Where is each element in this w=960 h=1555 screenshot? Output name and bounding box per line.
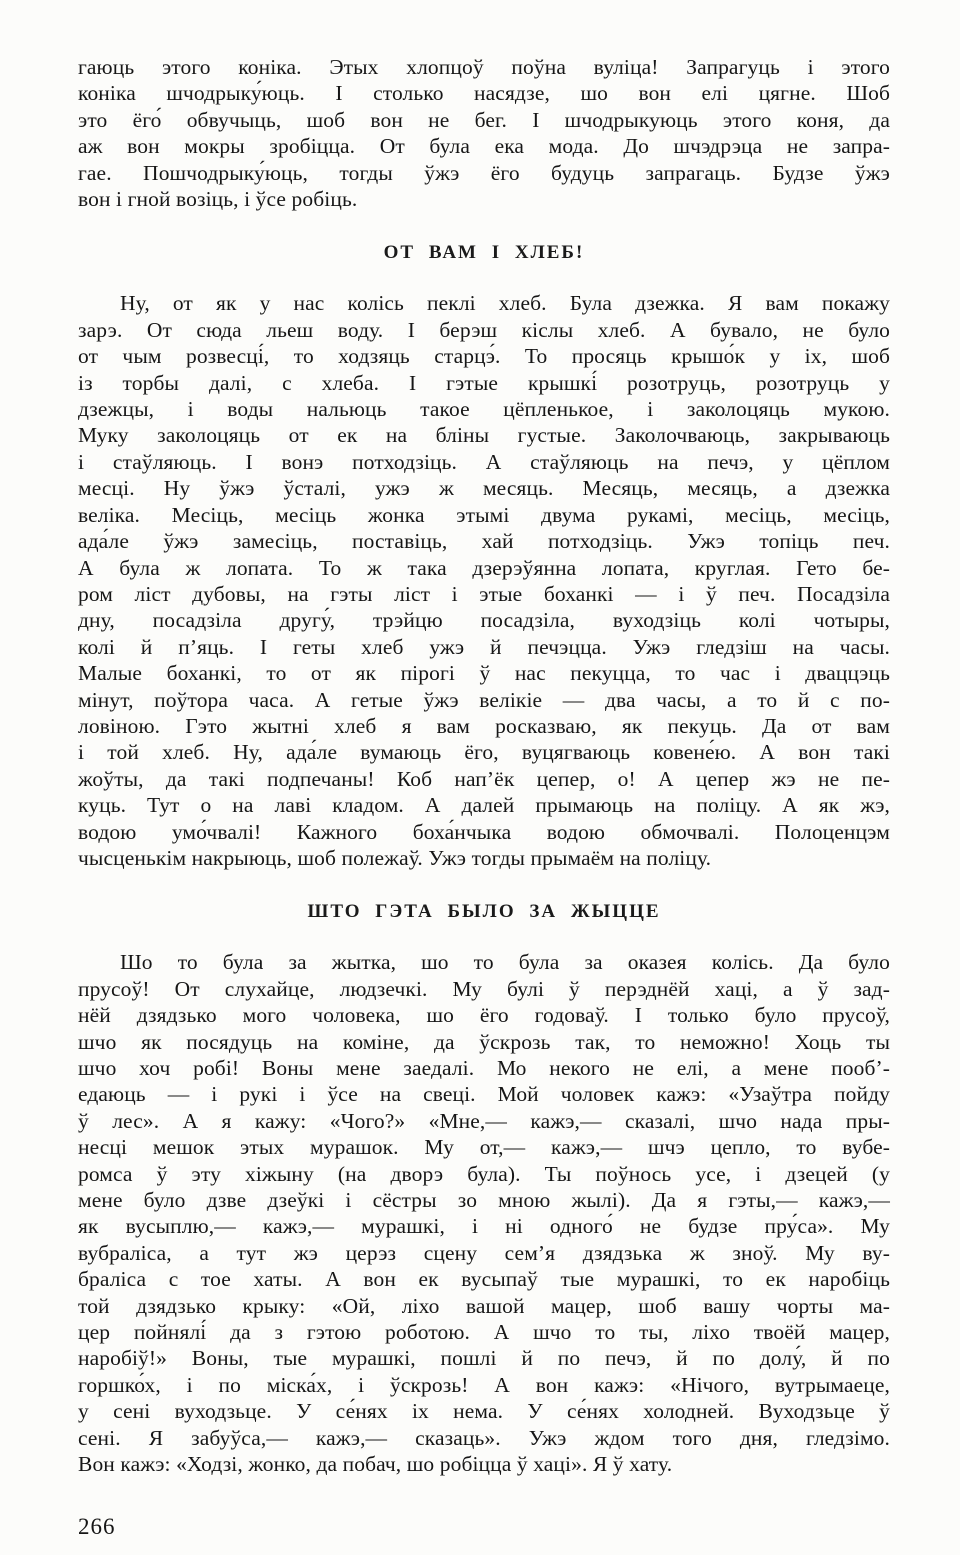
text-line: коніка шчодрыку́юць. І столько насядзе, … bbox=[78, 80, 890, 106]
paragraph: Ну, от як у нас колісь пеклі хлеб. Була … bbox=[78, 290, 890, 871]
text-line: вон і гной возіць, і ўсе робіць. bbox=[78, 186, 890, 212]
text-line: сені. Я забуўса,— кажэ,— сказаць». Ужэ ж… bbox=[78, 1425, 890, 1451]
text-line: гае. Пошчодрыку́юць, тогды ўжэ ёго будуц… bbox=[78, 160, 890, 186]
text-line: дзежцы, і воды нальюць такое цёпленькое,… bbox=[78, 396, 890, 422]
text-line: ў лес». А я кажу: «Чого?» «Мне,— кажэ,— … bbox=[78, 1108, 890, 1134]
text-line: месці. Ну ўжэ ўсталі, ужэ ж месяць. Меся… bbox=[78, 475, 890, 501]
text-line: прусоў! От слухайце, людзечкі. Му булі ў… bbox=[78, 976, 890, 1002]
text-line: вубраліса, а тут жэ церэз сцену сем’я дз… bbox=[78, 1240, 890, 1266]
text-line: А була ж лопата. То ж така дзерэўянна ло… bbox=[78, 555, 890, 581]
text-line: куць. Тут о на лаві кладом. А далей прым… bbox=[78, 792, 890, 818]
text-line: Вон кажэ: «Ходзі, жонко, да побач, шо ро… bbox=[78, 1451, 890, 1477]
text-line: нёй дзядзько мого чоловека, шо ёго годов… bbox=[78, 1002, 890, 1028]
text-line: веліка. Месіць, месіць жонка этымі двума… bbox=[78, 502, 890, 528]
text-line: горшко́х, і по міска́х, і ўскрозь! А вон… bbox=[78, 1372, 890, 1398]
text-line: шчо як посядуць на коміне, да ўскрозь та… bbox=[78, 1029, 890, 1055]
text-line: браліса с тое хаты. А вон ек вусыпаў тые… bbox=[78, 1266, 890, 1292]
page-number: 266 bbox=[78, 1514, 890, 1540]
text-line: чысценькім накрыюць, шоб полежаў. Ужэ то… bbox=[78, 845, 890, 871]
text-line: это ёго́ обвучыць, шоб вон не бег. І шчо… bbox=[78, 107, 890, 133]
paragraph: Шо то була за жытка, шо то була за оказе… bbox=[78, 949, 890, 1477]
text-line: дну, посадзіла другу́, трэйцю посадзіла,… bbox=[78, 607, 890, 633]
text-line: і стаўляюць. І вонэ потходзіць. А стаўля… bbox=[78, 449, 890, 475]
text-line: зарэ. От сюда льеш воду. І берэш кіслы х… bbox=[78, 317, 890, 343]
text-line: ромса ў эту хіжыну (на дворэ була). Ты п… bbox=[78, 1161, 890, 1187]
book-page: гаюць этого коніка. Этых хлопцоў поўна в… bbox=[0, 0, 960, 1555]
text-line: гаюць этого коніка. Этых хлопцоў поўна в… bbox=[78, 54, 890, 80]
text-line: ада́ле ўжэ замесіць, поставіць, хай потх… bbox=[78, 528, 890, 554]
text-line: наробіў!» Воны, тые мурашкі, пошлі й по … bbox=[78, 1345, 890, 1371]
text-line: аж вон мокры зробіцца. От була ека мода.… bbox=[78, 133, 890, 159]
text-line: ром ліст дубовы, на гэты ліст і этые бох… bbox=[78, 581, 890, 607]
text-line: Ну, от як у нас колісь пеклі хлеб. Була … bbox=[78, 290, 890, 316]
text-line: шчо хоч робі! Воны мене заедалі. Мо неко… bbox=[78, 1055, 890, 1081]
text-line: ловіною. Гэто жытні хлеб я вам росказваю… bbox=[78, 713, 890, 739]
text-line: той дзядзько крыку: «Ой, ліхо вашой маце… bbox=[78, 1293, 890, 1319]
text-line: жоўты, да такі подпечаны! Коб нап’ёк цеп… bbox=[78, 766, 890, 792]
text-line: Малые боханкі, то от як пірогі ў нас пек… bbox=[78, 660, 890, 686]
section-heading: ШТО ГЭТА БЫЛО ЗА ЖЫЦЦЕ bbox=[78, 901, 890, 923]
text-line: едаюць — і рукі і ўсе на свеці. Мой чоло… bbox=[78, 1081, 890, 1107]
text-line: мінут, поўтора часа. А гетые ўжэ велікіе… bbox=[78, 687, 890, 713]
text-line: у сені вуходзьце. У се́нях іх нема. У се… bbox=[78, 1398, 890, 1424]
page-text: гаюць этого коніка. Этых хлопцоў поўна в… bbox=[78, 54, 890, 1478]
text-line: несці мешок этых мурашок. Му от,— кажэ,—… bbox=[78, 1134, 890, 1160]
text-line: Шо то була за жытка, шо то була за оказе… bbox=[78, 949, 890, 975]
text-line: Муку заколоцяць от ек на бліны густые. З… bbox=[78, 422, 890, 448]
text-line: і той хлеб. Ну, ада́ле вумаюць ёго, вуця… bbox=[78, 739, 890, 765]
text-line: колі й п’яць. І геты хлеб ужэ й печэцца.… bbox=[78, 634, 890, 660]
text-line: як вусыплю,— кажэ,— мурашкі, і ні одного… bbox=[78, 1213, 890, 1239]
section-heading: ОТ ВАМ І ХЛЕБ! bbox=[78, 242, 890, 264]
text-line: цер пойнялі́ да з гэтою роботою. А шчо т… bbox=[78, 1319, 890, 1345]
text-line: із торбы далі, с хлеба. І гэтые крышкі́ … bbox=[78, 370, 890, 396]
text-line: водою умо́чвалі! Кажного боха́нчыка водо… bbox=[78, 819, 890, 845]
paragraph: гаюць этого коніка. Этых хлопцоў поўна в… bbox=[78, 54, 890, 212]
text-line: мене було дзве дзеўкі і сёстры зо мною ж… bbox=[78, 1187, 890, 1213]
text-line: от чым розвесці́, то ходзяць старцэ́. То… bbox=[78, 343, 890, 369]
